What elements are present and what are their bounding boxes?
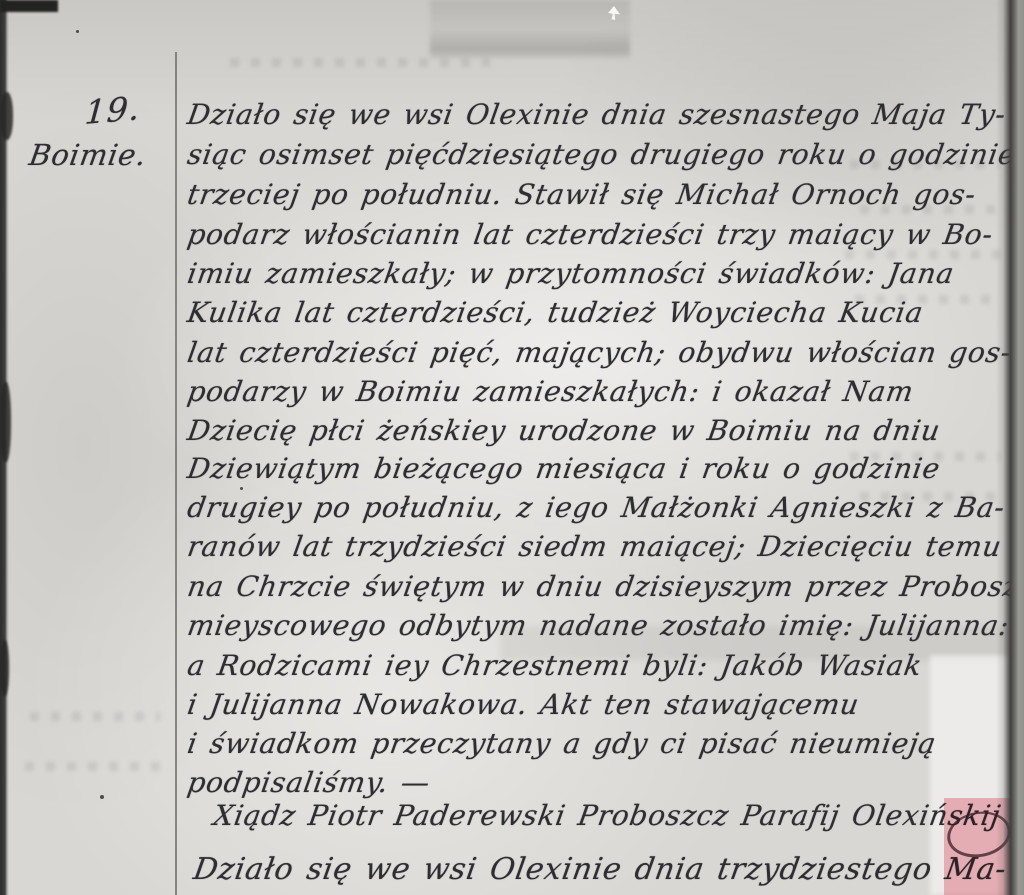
page-fold-shadow xyxy=(996,0,1024,895)
ghost-writing xyxy=(25,762,165,771)
stamp-bleedthrough xyxy=(430,0,630,58)
next-record-line: Działo się we wsi Olexinie dnia trzydzie… xyxy=(191,853,1009,887)
record-line: drugiey po południu, z iego Małżonki Agn… xyxy=(185,491,1008,525)
top-left-shadow xyxy=(0,0,58,12)
record-line: Kulika lat czterdzieści, tudzież Woyciec… xyxy=(185,296,926,330)
edge-notch xyxy=(0,382,11,462)
scanned-register-page: 19. Boimie. Działo się we wsi Olexinie d… xyxy=(0,0,1024,895)
record-line: trzeciej po południu. Stawił się Michał … xyxy=(185,178,979,212)
record-line: ranów lat trzydzieści siedm maiącej; Dzi… xyxy=(185,530,1004,564)
record-line: imiu zamieszkały; w przytomności świadkó… xyxy=(185,257,957,291)
record-line: podarz włościanin lat czterdzieści trzy … xyxy=(185,218,996,252)
record-line: Dziewiątym bieżącego miesiąca i roku o g… xyxy=(185,452,943,486)
record-line: podarzy w Boimiu zamieszkałych: i okazał… xyxy=(185,375,916,409)
record-line: podpisaliśmy. — xyxy=(185,766,433,800)
ghost-writing xyxy=(30,712,160,721)
record-line: i świadkom przeczytany a gdy ci pisać ni… xyxy=(185,727,939,761)
record-line: mieyscowego odbytym nadane zostało imię:… xyxy=(185,609,1012,643)
signature-line: Xiądz Piotr Paderewski Proboszcz Parafij… xyxy=(211,799,1003,833)
ink-speck xyxy=(240,487,243,490)
record-line: na Chrzcie świętym w dniu dzisieyszym pr… xyxy=(185,570,1024,604)
margin-column-rule xyxy=(175,52,177,895)
record-line: a Rodzicami iey Chrzestnemi byli: Jakób … xyxy=(185,649,925,683)
record-line: Dziecię płci żeńskiey urodzone w Boimiu … xyxy=(185,414,943,448)
edge-notch xyxy=(0,640,9,696)
margin-place-name: Boimie. xyxy=(27,138,149,172)
margin-entry-number: 19. xyxy=(84,91,142,130)
record-line: Działo się we wsi Olexinie dnia szesnast… xyxy=(185,98,1009,132)
record-line: lat czterdzieści pięć, mających; obydwu … xyxy=(185,336,1014,370)
ink-speck xyxy=(100,795,104,799)
ink-speck xyxy=(76,30,79,33)
ghost-writing xyxy=(230,58,490,67)
edge-notch xyxy=(0,92,13,140)
record-line: siąc osimset pięćdziesiątego drugiego ro… xyxy=(185,138,1018,172)
record-line: i Julijanna Nowakowa. Akt ten stawającem… xyxy=(185,688,862,722)
